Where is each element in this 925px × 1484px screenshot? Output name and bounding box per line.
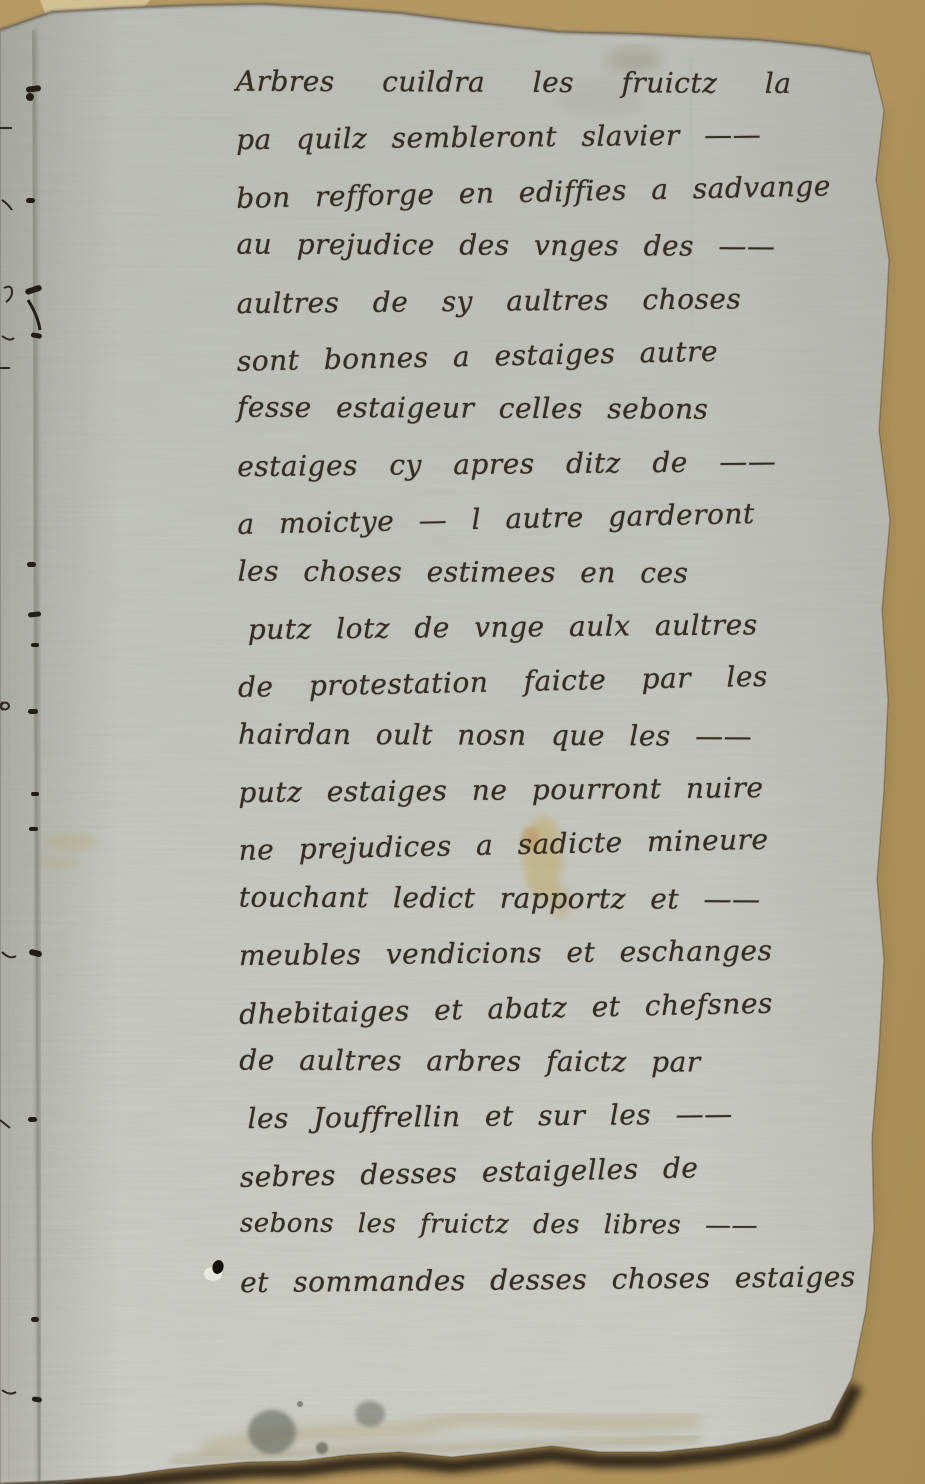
manuscript-line: aultres de sy aultres choses [236, 270, 891, 331]
manuscript-line: les choses estimees en ces [238, 544, 893, 601]
manuscript-line: les Jouffrellin et sur les —— [247, 1086, 894, 1147]
stain-dark-speck [316, 1442, 328, 1454]
manuscript-line: Arbres cuildra les fruictz la [236, 55, 891, 112]
stain-dark-blob-left [248, 1410, 296, 1454]
manuscript-line: hairdan oult nosn que les —— [238, 707, 893, 764]
manuscript-line: de aultres arbres faictz par [239, 1034, 894, 1091]
manuscript-line: et sommandes desses choses estaiges [240, 1249, 895, 1310]
manuscript-line: au prejudice des vnges des —— [236, 218, 891, 275]
manuscript-line: fesse estaigeur celles sebons [237, 381, 892, 438]
manuscript-line: sebres desses estaigelles de [239, 1137, 895, 1205]
manuscript-line: ne prejudices a sadicte mineure [238, 811, 894, 879]
manuscript-line: pa quilz sembleront slavier —— [236, 107, 891, 168]
manuscript-line: dhebitaiges et abatz et chefsnes [239, 974, 895, 1042]
manuscript-line: estaiges cy apres ditz de —— [237, 434, 892, 495]
stain-dark-blob-right [355, 1401, 385, 1427]
manuscript-line: meubles vendicions et eschanges [239, 923, 894, 984]
stain-yellow-left [46, 833, 98, 851]
manuscript-photo: Arbres cuildra les fruictz lapa quilz se… [0, 0, 925, 1484]
manuscript-line: sebons les fruictz des libres —— [240, 1197, 895, 1254]
handwritten-text-block: Arbres cuildra les fruictz lapa quilz se… [236, 55, 895, 1308]
stain-yellow-left2 [40, 856, 80, 868]
manuscript-line: sont bonnes a estaiges autre [236, 321, 892, 389]
manuscript-line: de protestation faicte par les [238, 647, 894, 715]
stain-speck-2 [297, 1401, 303, 1407]
manuscript-line: touchant ledict rapportz et —— [239, 870, 894, 927]
manuscript-line: a moictye — l autre garderont [237, 484, 893, 552]
manuscript-line: bon refforge en ediffies a sadvange [236, 158, 892, 226]
